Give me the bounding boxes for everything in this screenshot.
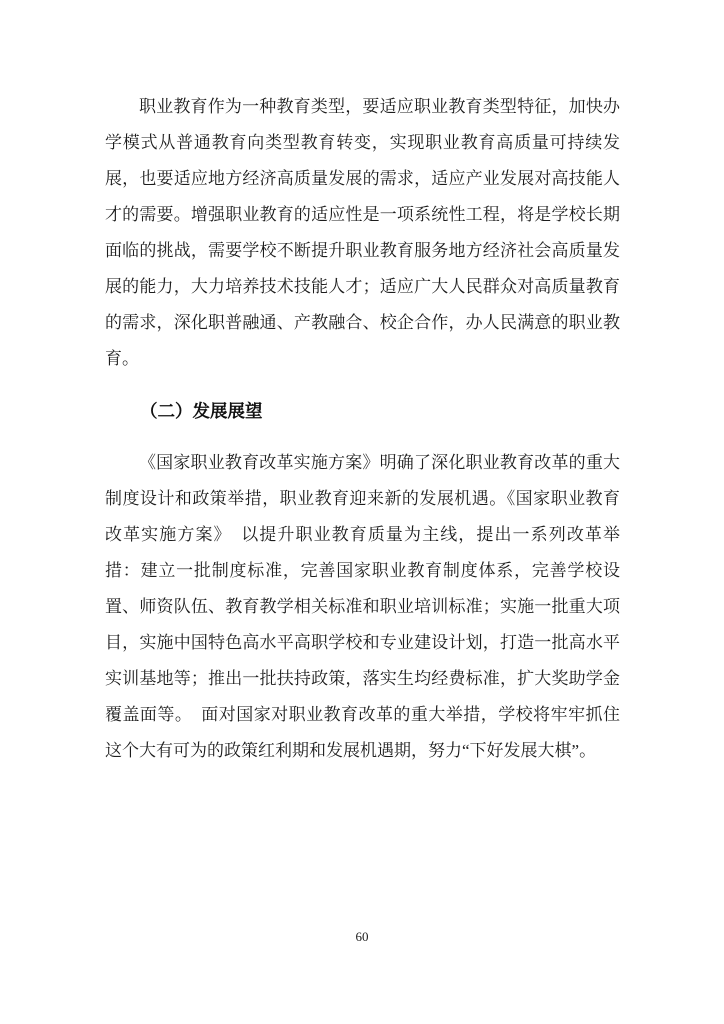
page-body: 职业教育作为一种教育类型，要适应职业教育类型特征，加快办学模式从普通教育向类型教…	[105, 89, 620, 769]
page-footer: 60	[0, 928, 724, 946]
document-page: 职业教育作为一种教育类型，要适应职业教育类型特征，加快办学模式从普通教育向类型教…	[0, 0, 724, 1024]
page-number: 60	[356, 929, 369, 944]
section-heading-development-outlook: （二）发展展望	[105, 393, 620, 429]
paragraph-vocational-education-status: 职业教育作为一种教育类型，要适应职业教育类型特征，加快办学模式从普通教育向类型教…	[105, 89, 620, 377]
paragraph-development-outlook: 《国家职业教育改革实施方案》明确了深化职业教育改革的重大制度设计和政策举措，职业…	[105, 445, 620, 769]
